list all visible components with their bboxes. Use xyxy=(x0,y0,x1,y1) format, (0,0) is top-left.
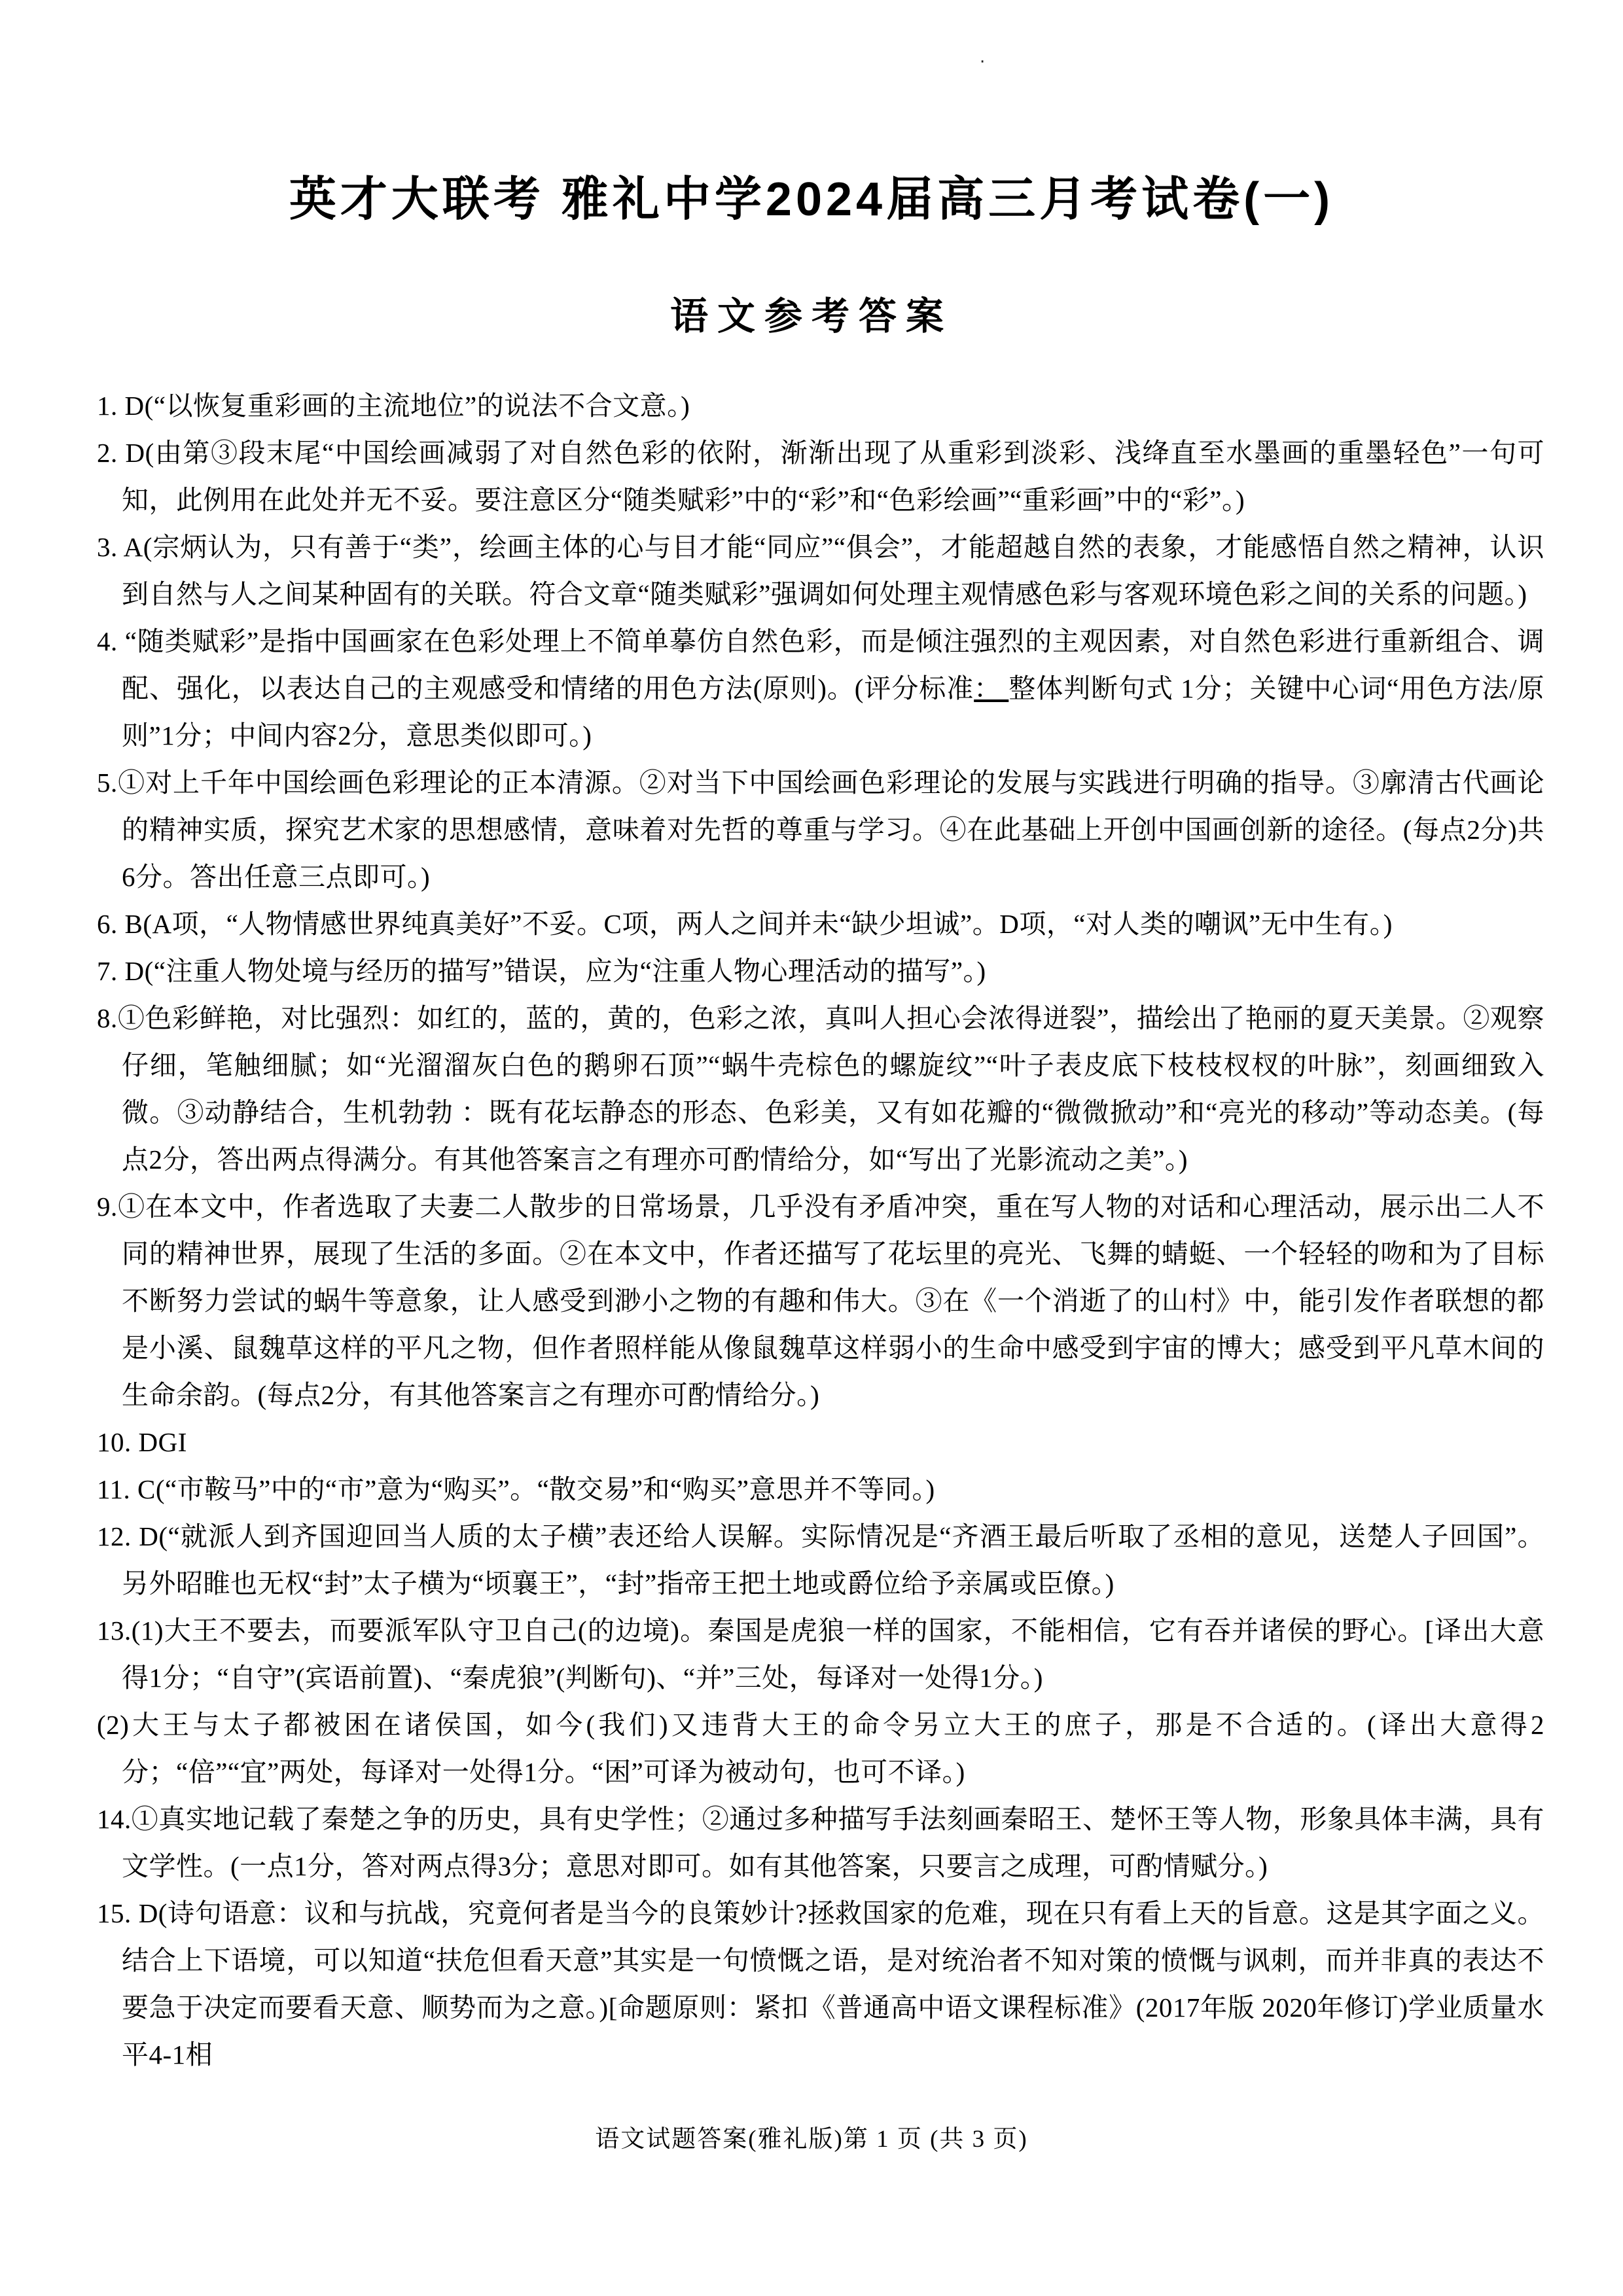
page-footer: 语文试题答案(雅礼版)第 1 页 (共 3 页) xyxy=(0,2119,1623,2154)
page-title: 英才大联考 雅礼中学2024届高三月考试卷(一) xyxy=(0,161,1623,229)
answer-item-11: 11. C(“市鞍马”中的“市”意为“购买”。“散交易”和“购买”意思并不等同。… xyxy=(97,1466,1544,1513)
answers-heading: 语文参考答案 xyxy=(0,285,1623,340)
answer-item-15: 15. D(诗句语意：议和与抗战，究竟何者是当今的良策妙计?拯救国家的危难，现在… xyxy=(97,1890,1544,2078)
answer-item-14: 14.①真实地记载了秦楚之争的历史，具有史学性；②通过多种描写手法刻画秦昭王、楚… xyxy=(97,1795,1544,1890)
answers-list: 1. D(“以恢复重彩画的主流地位”的说法不合文意。) 2. D(由第③段末尾“… xyxy=(97,382,1544,2078)
answer-item-2: 2. D(由第③段末尾“中国绘画减弱了对自然色彩的依附，渐渐出现了从重彩到淡彩、… xyxy=(97,429,1544,523)
answer-item-5: 5.①对上千年中国绘画色彩理论的正本清源。②对当下中国绘画色彩理论的发展与实践进… xyxy=(97,759,1544,900)
answer-item-10: 10. DGI xyxy=(97,1419,1544,1466)
answer-item-9: 9.①在本文中，作者选取了夫妻二人散步的日常场景，几乎没有矛盾冲突，重在写人物的… xyxy=(97,1183,1544,1419)
answer-item-12: 12. D(“就派人到齐国迎回当人质的太子横”表还给人误解。实际情况是“齐酒王最… xyxy=(97,1513,1544,1607)
answer-item-8: 8.①色彩鲜艳，对比强烈：如红的，蓝的，黄的，色彩之浓，真叫人担心会浓得迸裂”，… xyxy=(97,995,1544,1183)
answer-item-4: 4. “随类赋彩”是指中国画家在色彩处理上不简单摹仿自然色彩，而是倾注强烈的主观… xyxy=(97,618,1544,759)
answer-item-6: 6. B(A项，“人物情感世界纯真美好”不妥。C项，两人之间并未“缺少坦诚”。D… xyxy=(97,900,1544,947)
answer-item-7: 7. D(“注重人物处境与经历的描写”错误，应为“注重人物心理活动的描写”。) xyxy=(97,947,1544,995)
document-page: · 英才大联考 雅礼中学2024届高三月考试卷(一) 语文参考答案 1. D(“… xyxy=(0,0,1623,2296)
answer-item-3: 3. A(宗炳认为，只有善于“类”，绘画主体的心与目才能“同应”“俱会”，才能超… xyxy=(97,523,1544,618)
answer-item-4-underlined-colon: ： xyxy=(974,673,1008,703)
answer-item-13-part1: 13.(1)大王不要去，而要派军队守卫自己(的边境)。秦国是虎狼一样的国家，不能… xyxy=(97,1607,1544,1701)
stray-dot-mark: · xyxy=(980,52,985,72)
answer-item-13-part2: (2)大王与太子都被困在诸侯国，如今(我们)又违背大王的命令另立大王的庶子，那是… xyxy=(97,1701,1544,1795)
answer-item-1: 1. D(“以恢复重彩画的主流地位”的说法不合文意。) xyxy=(97,382,1544,429)
